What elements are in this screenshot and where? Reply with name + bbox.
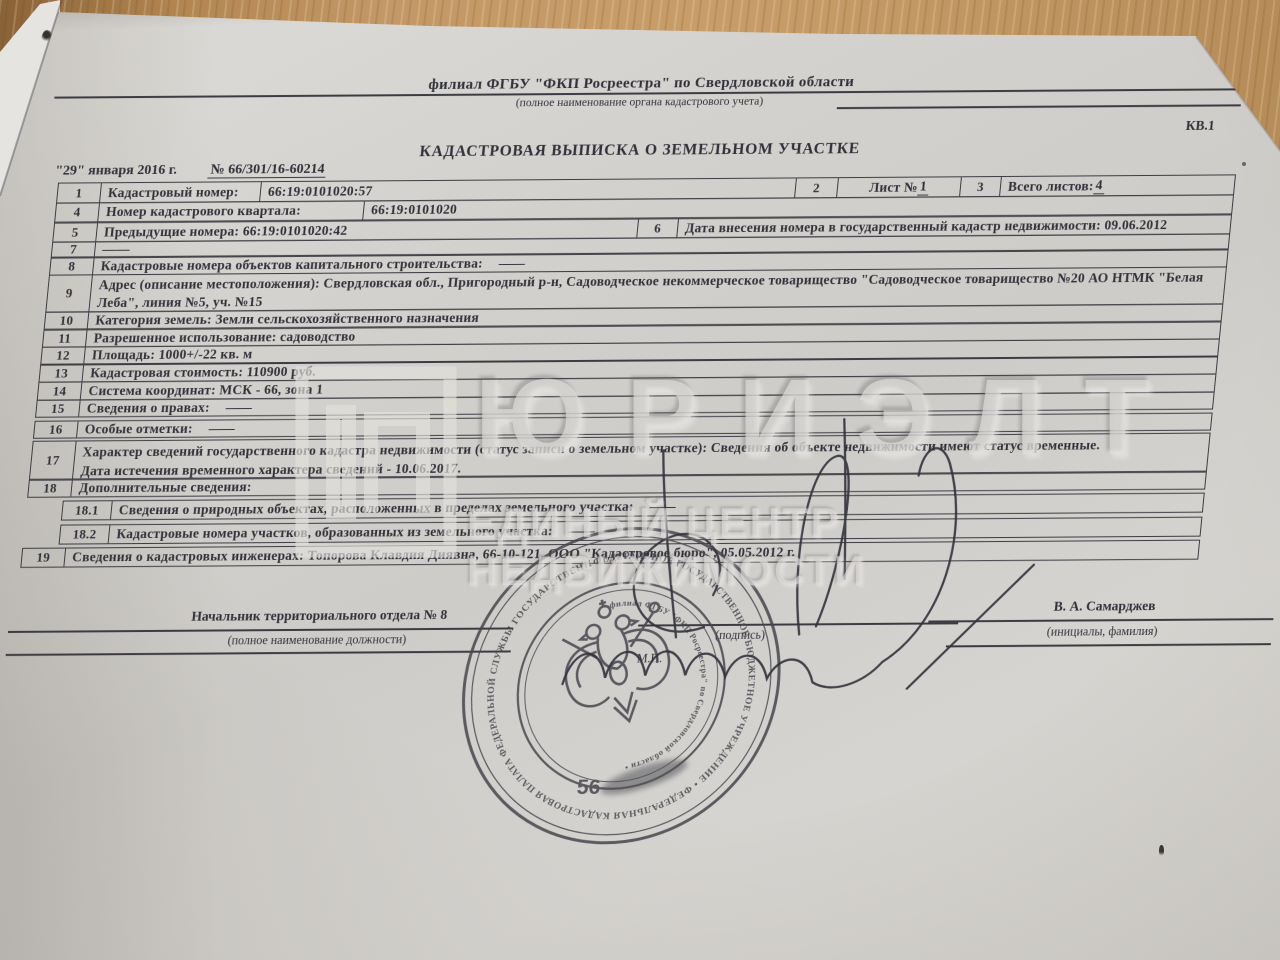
document-paper: филиал ФГБУ "ФКП Росреестра" по Свердлов… xyxy=(0,0,1280,960)
document-content: филиал ФГБУ "ФКП Росреестра" по Свердлов… xyxy=(0,0,1280,960)
dust-speck xyxy=(1242,162,1246,166)
ink-speck xyxy=(1159,845,1164,857)
handwritten-signature xyxy=(0,0,1280,960)
